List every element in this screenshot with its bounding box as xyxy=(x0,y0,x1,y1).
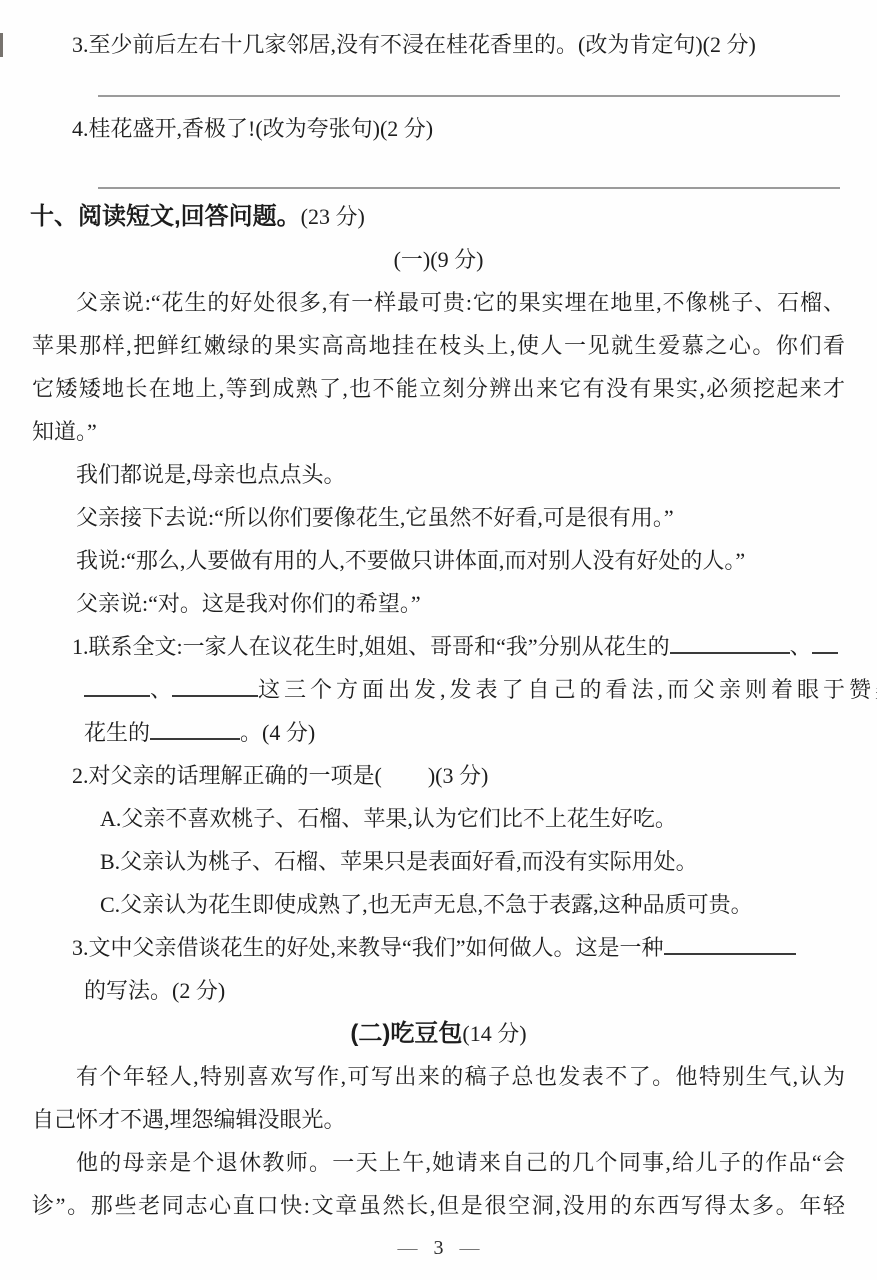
scan-artifact xyxy=(0,33,3,57)
passage-one-title: (一)(9 分) xyxy=(32,238,845,281)
footer-right-dash: — xyxy=(460,1237,480,1259)
option-a: A.父亲不喜欢桃子、石榴、苹果,认为它们比不上花生好吃。 xyxy=(100,797,845,840)
question-2: 2.对父亲的话理解正确的一项是()(3 分) xyxy=(72,754,845,797)
passage-one-line: 苹果那样,把鲜红嫩绿的果实高高地挂在枝头上,使人一见就生爱慕之心。你们看 xyxy=(32,324,845,367)
exam-paper-page: 3.至少前后左右十几家邻居,没有不浸在桂花香里的。(改为肯定句)(2 分) 4.… xyxy=(0,0,877,1280)
list-separator: 、 xyxy=(790,634,812,659)
question-3-line-2: 的写法。(2 分) xyxy=(84,969,845,1012)
passage-one-dialog: 我们都说是,母亲也点点头。 xyxy=(32,453,845,496)
footer-left-dash: — xyxy=(398,1237,418,1259)
answer-line xyxy=(98,187,840,189)
passage-two-line: 他的母亲是个退休教师。一天上午,她请来自己的几个同事,给儿子的作品“会 xyxy=(32,1141,845,1184)
fill-in-blank xyxy=(172,673,258,697)
rewrite-item-3: 3.至少前后左右十几家邻居,没有不浸在桂花香里的。(改为肯定句)(2 分) xyxy=(72,23,845,66)
question-1-line-1: 1.联系全文:一家人在议花生时,姐姐、哥哥和“我”分别从花生的、 xyxy=(72,625,845,668)
fill-in-blank xyxy=(150,716,240,740)
question-2-text: 2.对父亲的话理解正确的一项是( xyxy=(72,763,382,788)
passage-one-dialog: 父亲接下去说:“所以你们要像花生,它虽然不好看,可是很有用。” xyxy=(32,496,845,539)
list-separator: 、 xyxy=(150,677,172,702)
page-footer: —3— xyxy=(32,1227,845,1270)
fill-in-blank xyxy=(84,673,150,697)
passage-two-title: (二)吃豆包(14 分) xyxy=(32,1012,845,1055)
option-c: C.父亲认为花生即使成熟了,也无声无息,不急于表露,这种品质可贵。 xyxy=(100,883,845,926)
rewrite-item-4: 4.桂花盛开,香极了!(改为夸张句)(2 分) xyxy=(72,107,845,150)
passage-one-line: 它矮矮地长在地上,等到成熟了,也不能立刻分辨出来它有没有果实,必须挖起来才 xyxy=(32,367,845,410)
passage-two-title-text: (二)吃豆包 xyxy=(350,1020,462,1047)
passage-two-line: 自己怀才不遇,埋怨编辑没眼光。 xyxy=(32,1098,845,1141)
question-3-text: 3.文中父亲借谈花生的好处,来教导“我们”如何做人。这是一种 xyxy=(72,935,664,960)
fill-in-blank xyxy=(812,630,838,654)
option-b: B.父亲认为桃子、石榴、苹果只是表面好看,而没有实际用处。 xyxy=(100,840,845,883)
fill-in-blank xyxy=(664,931,796,955)
question-2-text: )(3 分) xyxy=(428,763,488,788)
question-1-text: 这三个方面出发,发表了自己的看法,而父亲则着眼于赞美 xyxy=(258,677,877,702)
passage-two-score: (14 分) xyxy=(462,1021,526,1046)
passage-two-line: 诊”。那些老同志心直口快:文章虽然长,但是很空洞,没用的东西写得太多。年轻 xyxy=(32,1184,845,1227)
passage-two-line: 有个年轻人,特别喜欢写作,可写出来的稿子总也发表不了。他特别生气,认为 xyxy=(32,1055,845,1098)
section-ten-heading: 十、阅读短文,回答问题。(23 分) xyxy=(30,195,877,238)
passage-one-line: 父亲说:“花生的好处很多,有一样最可贵:它的果实埋在地里,不像桃子、石榴、 xyxy=(32,281,845,324)
fill-in-blank xyxy=(670,630,790,654)
answer-line xyxy=(98,95,840,97)
question-1-text: 。(4 分) xyxy=(240,720,315,745)
question-1-line-2: 、这三个方面出发,发表了自己的看法,而父亲则着眼于赞美 xyxy=(84,668,845,711)
section-ten-score: (23 分) xyxy=(301,204,365,229)
section-ten-heading-text: 十、阅读短文,回答问题。 xyxy=(30,203,301,230)
question-1-text: 1.联系全文:一家人在议花生时,姐姐、哥哥和“我”分别从花生的 xyxy=(72,634,670,659)
question-3-line-1: 3.文中父亲借谈花生的好处,来教导“我们”如何做人。这是一种 xyxy=(72,926,845,969)
passage-one-line: 知道。” xyxy=(32,410,845,453)
passage-one-dialog: 父亲说:“对。这是我对你们的希望。” xyxy=(32,582,845,625)
passage-one-dialog: 我说:“那么,人要做有用的人,不要做只讲体面,而对别人没有好处的人。” xyxy=(32,539,845,582)
question-1-text: 花生的 xyxy=(84,720,150,745)
page-number: 3 xyxy=(434,1237,444,1259)
question-1-line-3: 花生的。(4 分) xyxy=(84,711,845,754)
